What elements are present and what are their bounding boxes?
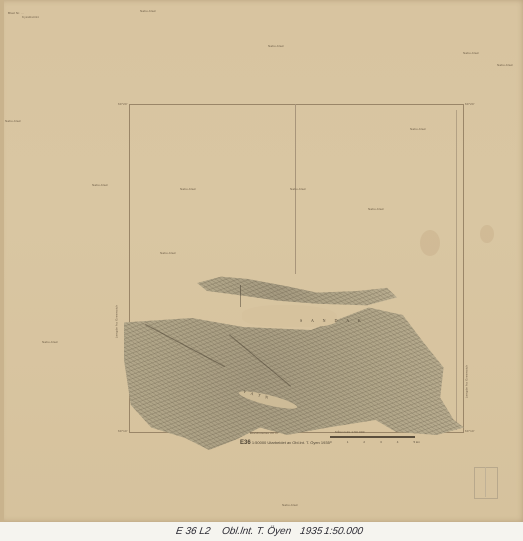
- margin-note: Nabo-blad: [497, 64, 513, 67]
- place-label: Nabo-blad: [368, 208, 384, 211]
- inner-neatline: [456, 110, 457, 430]
- margin-note: Nabo-blad: [463, 52, 479, 55]
- side-text: Lengde fra Greenwich: [465, 365, 468, 399]
- corner-coordinate: 60°20': [118, 103, 128, 106]
- caption-scale: 1:50.000: [323, 526, 363, 537]
- paper-stain: [480, 225, 494, 243]
- river-line: [240, 285, 241, 307]
- imprint-text: 1:50000 Utarbeidet av Obl.lnt. T. Öyen 1…: [252, 440, 330, 445]
- margin-note: Nabo-blad: [5, 120, 21, 123]
- corner-coordinate: 60°10': [465, 430, 475, 433]
- margin-note: Nabo-blad: [268, 45, 284, 48]
- scale-bar: [330, 436, 415, 438]
- scale-bar-ticks: 0 1 2 3 4 5 km: [330, 440, 420, 444]
- imprint-note: Ekvidistanse 20 m: [250, 432, 278, 435]
- corner-coordinate: 60°20': [465, 103, 475, 106]
- margin-note: Nabo-blad: [42, 341, 58, 344]
- caption-sheet-code: E 36 L2: [175, 526, 211, 537]
- margin-note: Nabo-blad: [92, 184, 108, 187]
- imprint-prefix: E36: [240, 440, 251, 446]
- margin-note: Nabo-blad: [140, 10, 156, 13]
- sheet-edge: [0, 0, 4, 522]
- place-label: Nabo-blad: [410, 128, 426, 131]
- caption-author: Obl.lnt. T. Öyen: [221, 526, 292, 537]
- water-label: S A N D A K: [300, 318, 365, 323]
- margin-note: Kystdistrikt: [22, 16, 39, 19]
- sheet-index-diagram: [474, 467, 498, 499]
- map-imprint: E36 1:50000 Utarbeidet av Obl.lnt. T. Öy…: [240, 440, 330, 446]
- bay-water: [242, 305, 337, 327]
- place-label: Nabo-blad: [160, 252, 176, 255]
- margin-note: Nabo-blad: [282, 504, 298, 507]
- place-label: Nabo-blad: [290, 188, 306, 191]
- caption-year: 1935: [299, 526, 323, 537]
- sheet-index-divider: [485, 467, 486, 497]
- corner-coordinate: 60°10': [118, 430, 128, 433]
- place-label: Nabo-blad: [180, 188, 196, 191]
- side-text: Lengde fra Greenwich: [115, 305, 118, 339]
- imprint-note: Målestokk 1:50 000: [335, 431, 365, 434]
